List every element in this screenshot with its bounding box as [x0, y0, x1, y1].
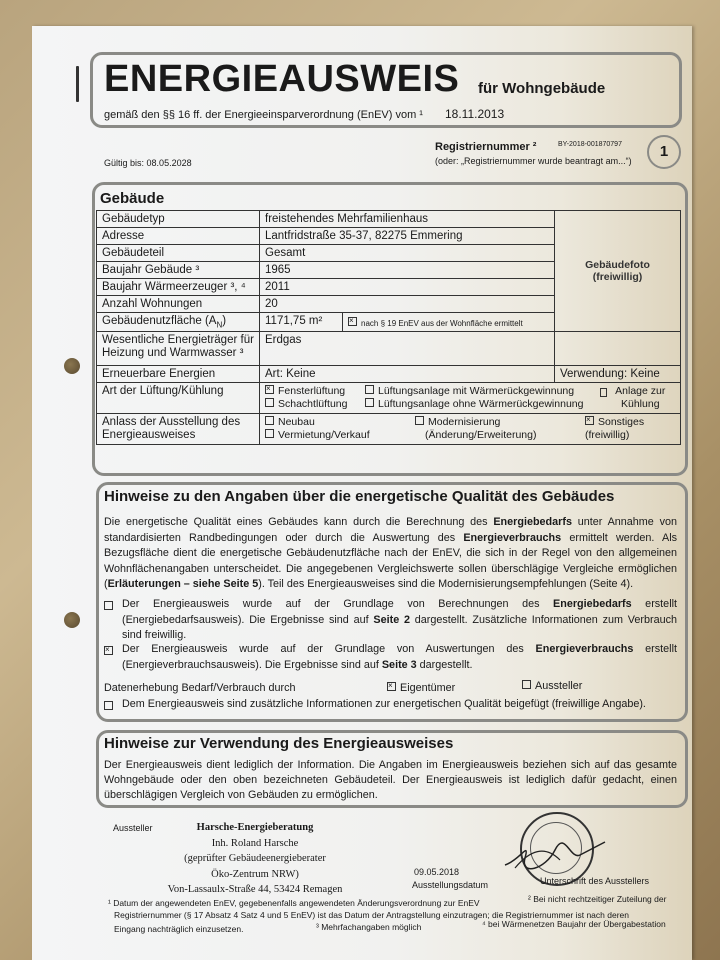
building-photo-placeholder: Gebäudefoto (freiwillig)	[555, 211, 681, 332]
text: ). Teil des Energieausweises sind die Mo…	[258, 578, 633, 590]
option-demand-certificate[interactable]: Der Energieausweis wurde auf der Grundla…	[122, 597, 677, 644]
table-row: Wesentliche Energieträger für Heizung un…	[97, 332, 681, 366]
registration-label: Registriernummer ²	[435, 141, 536, 153]
row-label: Erneuerbare Energien	[97, 366, 260, 383]
area-value: 1171,75 m²	[260, 313, 343, 332]
row-label: Wesentliche Energieträger für Heizung un…	[97, 332, 260, 366]
row-label: Baujahr Gebäude ³	[97, 262, 260, 279]
year-built-value: 1965	[260, 262, 555, 279]
footnote-line: Eingang nachträglich einzusetzen.	[114, 923, 243, 936]
checkbox[interactable]	[365, 385, 374, 394]
year-heater-value: 2011	[260, 279, 555, 296]
checkbox[interactable]	[522, 680, 531, 689]
data-collection-label: Datenerhebung Bedarf/Verbrauch durch	[104, 681, 295, 697]
table-row: Gebäudetyp freistehendes Mehrfamilienhau…	[97, 211, 681, 228]
usage-notes-title: Hinweise zur Verwendung des Energieauswe…	[104, 735, 453, 752]
option-label: Eigentümer	[400, 682, 455, 694]
option-label: Aussteller	[535, 680, 582, 692]
footnote-4: ⁴ bei Wärmenetzen Baujahr der Übergabest…	[482, 918, 666, 931]
footnote-3: ³ Mehrfachangaben möglich	[316, 921, 421, 934]
option-modernization[interactable]: Modernisierung (Änderung/Erweiterung)	[415, 416, 585, 442]
building-type-value: freistehendes Mehrfamilienhaus	[260, 211, 555, 228]
text: Der Energieausweis wurde auf der Grundla…	[122, 598, 553, 610]
checkbox[interactable]	[265, 416, 274, 425]
renewables-usage: Verwendung: Keine	[555, 366, 681, 383]
valid-until: Gültig bis: 08.05.2028	[104, 158, 192, 168]
signature-label: Unterschrift des Ausstellers	[540, 876, 649, 886]
document-title-suffix: für Wohngebäude	[478, 80, 605, 97]
issuer-label: Aussteller	[113, 823, 153, 833]
issue-date: 09.05.2018	[414, 867, 459, 877]
table-row: Art der Lüftung/Kühlung Fensterlüftung S…	[97, 383, 681, 414]
option-additional-info[interactable]: Dem Energieausweis sind zusätzliche Info…	[122, 697, 682, 713]
text-bold: Energieverbrauchs	[536, 643, 634, 655]
issuer-qualification: Öko-Zentrum NRW)	[150, 867, 360, 883]
text: dargestellt.	[417, 659, 473, 671]
checkbox[interactable]	[365, 398, 374, 407]
text-bold: Energiebedarfs	[553, 598, 632, 610]
option-label-secondary: (freiwillig)	[585, 429, 644, 442]
row-label: Gebäudenutzfläche (AN)	[97, 313, 260, 332]
option-new-building[interactable]: Neubau	[265, 416, 415, 429]
option-data-owner[interactable]: Eigentümer	[387, 681, 455, 697]
area-label-end: )	[222, 315, 226, 327]
text-bold: Seite 2	[373, 614, 410, 626]
row-label: Anzahl Wohnungen	[97, 296, 260, 313]
footnote-1: ¹ Datum der angewendeten EnEV, gegebenen…	[108, 897, 480, 910]
option-label: Anlage zur Kühlung	[611, 385, 670, 411]
row-label: Gebäudeteil	[97, 245, 260, 262]
punch-hole	[64, 358, 80, 374]
option-label: Dem Energieausweis sind zusätzliche Info…	[122, 698, 646, 710]
area-label: Gebäudenutzfläche (A	[102, 315, 216, 327]
empty-cell	[555, 332, 681, 366]
punch-hole	[64, 612, 80, 628]
option-label: Modernisierung	[428, 416, 500, 428]
option-shaft-ventilation[interactable]: Schachtlüftung	[265, 398, 365, 411]
option-label: Lüftungsanlage mit Wärmerückgewinnung	[378, 385, 574, 397]
option-label: Schachtlüftung	[278, 398, 347, 410]
checkbox-checked[interactable]	[387, 682, 396, 691]
option-ventilation-without-recovery[interactable]: Lüftungsanlage ohne Wärmerückgewinnung	[365, 398, 600, 411]
option-window-ventilation[interactable]: Fensterlüftung	[265, 385, 365, 398]
option-label: Sonstiges	[598, 416, 644, 428]
checkbox[interactable]	[104, 601, 113, 610]
issue-date-label: Ausstellungsdatum	[412, 880, 488, 890]
option-data-issuer[interactable]: Aussteller	[522, 679, 582, 695]
text: Der Energieausweis wurde auf der Grundla…	[122, 643, 536, 655]
option-label: Neubau	[278, 416, 315, 428]
checkbox-checked[interactable]	[348, 317, 357, 326]
checkbox[interactable]	[104, 701, 113, 710]
row-label: Anlass der Ausstellung des Energieauswei…	[97, 414, 260, 445]
usage-notes-text: Der Energieausweis dient lediglich der I…	[104, 758, 677, 803]
checkbox-checked[interactable]	[265, 385, 274, 394]
row-label: Adresse	[97, 228, 260, 245]
checkbox[interactable]	[265, 398, 274, 407]
binder-slot	[76, 66, 79, 102]
building-part-value: Gesamt	[260, 245, 555, 262]
row-label: Gebäudetyp	[97, 211, 260, 228]
option-label: Fensterlüftung	[278, 385, 345, 397]
area-note: nach § 19 EnEV aus der Wohnfläche ermitt…	[343, 313, 555, 332]
checkbox[interactable]	[415, 416, 424, 425]
checkbox-checked[interactable]	[104, 646, 113, 655]
checkbox[interactable]	[600, 388, 607, 397]
text-bold: Energiebedarfs	[493, 516, 572, 528]
photo-label: Gebäudefoto	[560, 259, 675, 271]
address-value: Lantfridstraße 35-37, 82275 Emmering	[260, 228, 555, 245]
energy-carrier-value: Erdgas	[260, 332, 555, 366]
option-label: Vermietung/Verkauf	[278, 429, 370, 441]
table-row: Anlass der Ausstellung des Energieauswei…	[97, 414, 681, 445]
ventilation-options: Fensterlüftung Schachtlüftung Lüftungsan…	[260, 383, 681, 414]
issuer-address: Von-Lassaulx-Straße 44, 53424 Remagen	[150, 882, 360, 898]
checkbox[interactable]	[265, 429, 274, 438]
option-label-secondary: (Änderung/Erweiterung)	[415, 429, 585, 442]
option-cooling[interactable]: Anlage zur Kühlung	[600, 385, 670, 411]
issuer-qualification: (geprüfter Gebäudeenergieberater	[150, 851, 360, 867]
registration-note: (oder: „Registriernummer wurde beantragt…	[435, 156, 632, 166]
enev-reference: gemäß den §§ 16 ff. der Energieeinsparve…	[104, 107, 504, 121]
option-other[interactable]: Sonstiges (freiwillig)	[585, 416, 644, 442]
quality-notes-title: Hinweise zu den Angaben über die energet…	[104, 488, 614, 505]
checkbox-checked[interactable]	[585, 416, 594, 425]
footnote-2: ² Bei nicht rechtzeitiger Zuteilung der	[528, 893, 666, 906]
registration-number: BY-2018-001870797	[558, 141, 622, 148]
option-consumption-certificate[interactable]: Der Energieausweis wurde auf der Grundla…	[122, 642, 677, 673]
text-bold: Erläuterungen – siehe Seite 5	[108, 578, 259, 590]
quality-notes-intro: Die energetische Qualität eines Gebäudes…	[104, 515, 677, 593]
valid-until-label: Gültig bis:	[104, 158, 144, 168]
building-section-title: Gebäude	[100, 190, 164, 207]
renewables-type: Art: Keine	[260, 366, 555, 383]
signature-icon	[500, 830, 610, 875]
table-row: Erneuerbare Energien Art: Keine Verwendu…	[97, 366, 681, 383]
document-title: ENERGIEAUSWEIS	[104, 58, 459, 101]
row-label: Baujahr Wärmeerzeuger ³, ⁴	[97, 279, 260, 296]
option-ventilation-with-recovery[interactable]: Lüftungsanlage mit Wärmerückgewinnung	[365, 385, 600, 398]
option-label: Lüftungsanlage ohne Wärmerückgewinnung	[378, 398, 583, 410]
enev-reference-text: gemäß den §§ 16 ff. der Energieeinsparve…	[104, 109, 423, 121]
issuer-owner: Inh. Roland Harsche	[150, 836, 360, 852]
page-number: 1	[647, 135, 681, 169]
area-note-text: nach § 19 EnEV aus der Wohnfläche ermitt…	[361, 319, 523, 328]
valid-until-date: 08.05.2028	[147, 158, 192, 168]
building-table: Gebäudetyp freistehendes Mehrfamilienhau…	[96, 210, 681, 445]
photo-note: (freiwillig)	[560, 271, 675, 283]
option-rent-sale[interactable]: Vermietung/Verkauf	[265, 429, 415, 442]
text: Die energetische Qualität eines Gebäudes…	[104, 516, 493, 528]
units-value: 20	[260, 296, 555, 313]
issuer-name: Harsche-Energieberatung	[150, 820, 360, 836]
enev-date: 18.11.2013	[445, 107, 504, 121]
reason-options: Neubau Vermietung/Verkauf Modernisierung…	[260, 414, 681, 445]
issuer-block: Harsche-Energieberatung Inh. Roland Hars…	[150, 820, 360, 898]
row-label: Art der Lüftung/Kühlung	[97, 383, 260, 414]
text-bold: Energieverbrauchs	[463, 532, 561, 544]
text-bold: Seite 3	[382, 659, 417, 671]
